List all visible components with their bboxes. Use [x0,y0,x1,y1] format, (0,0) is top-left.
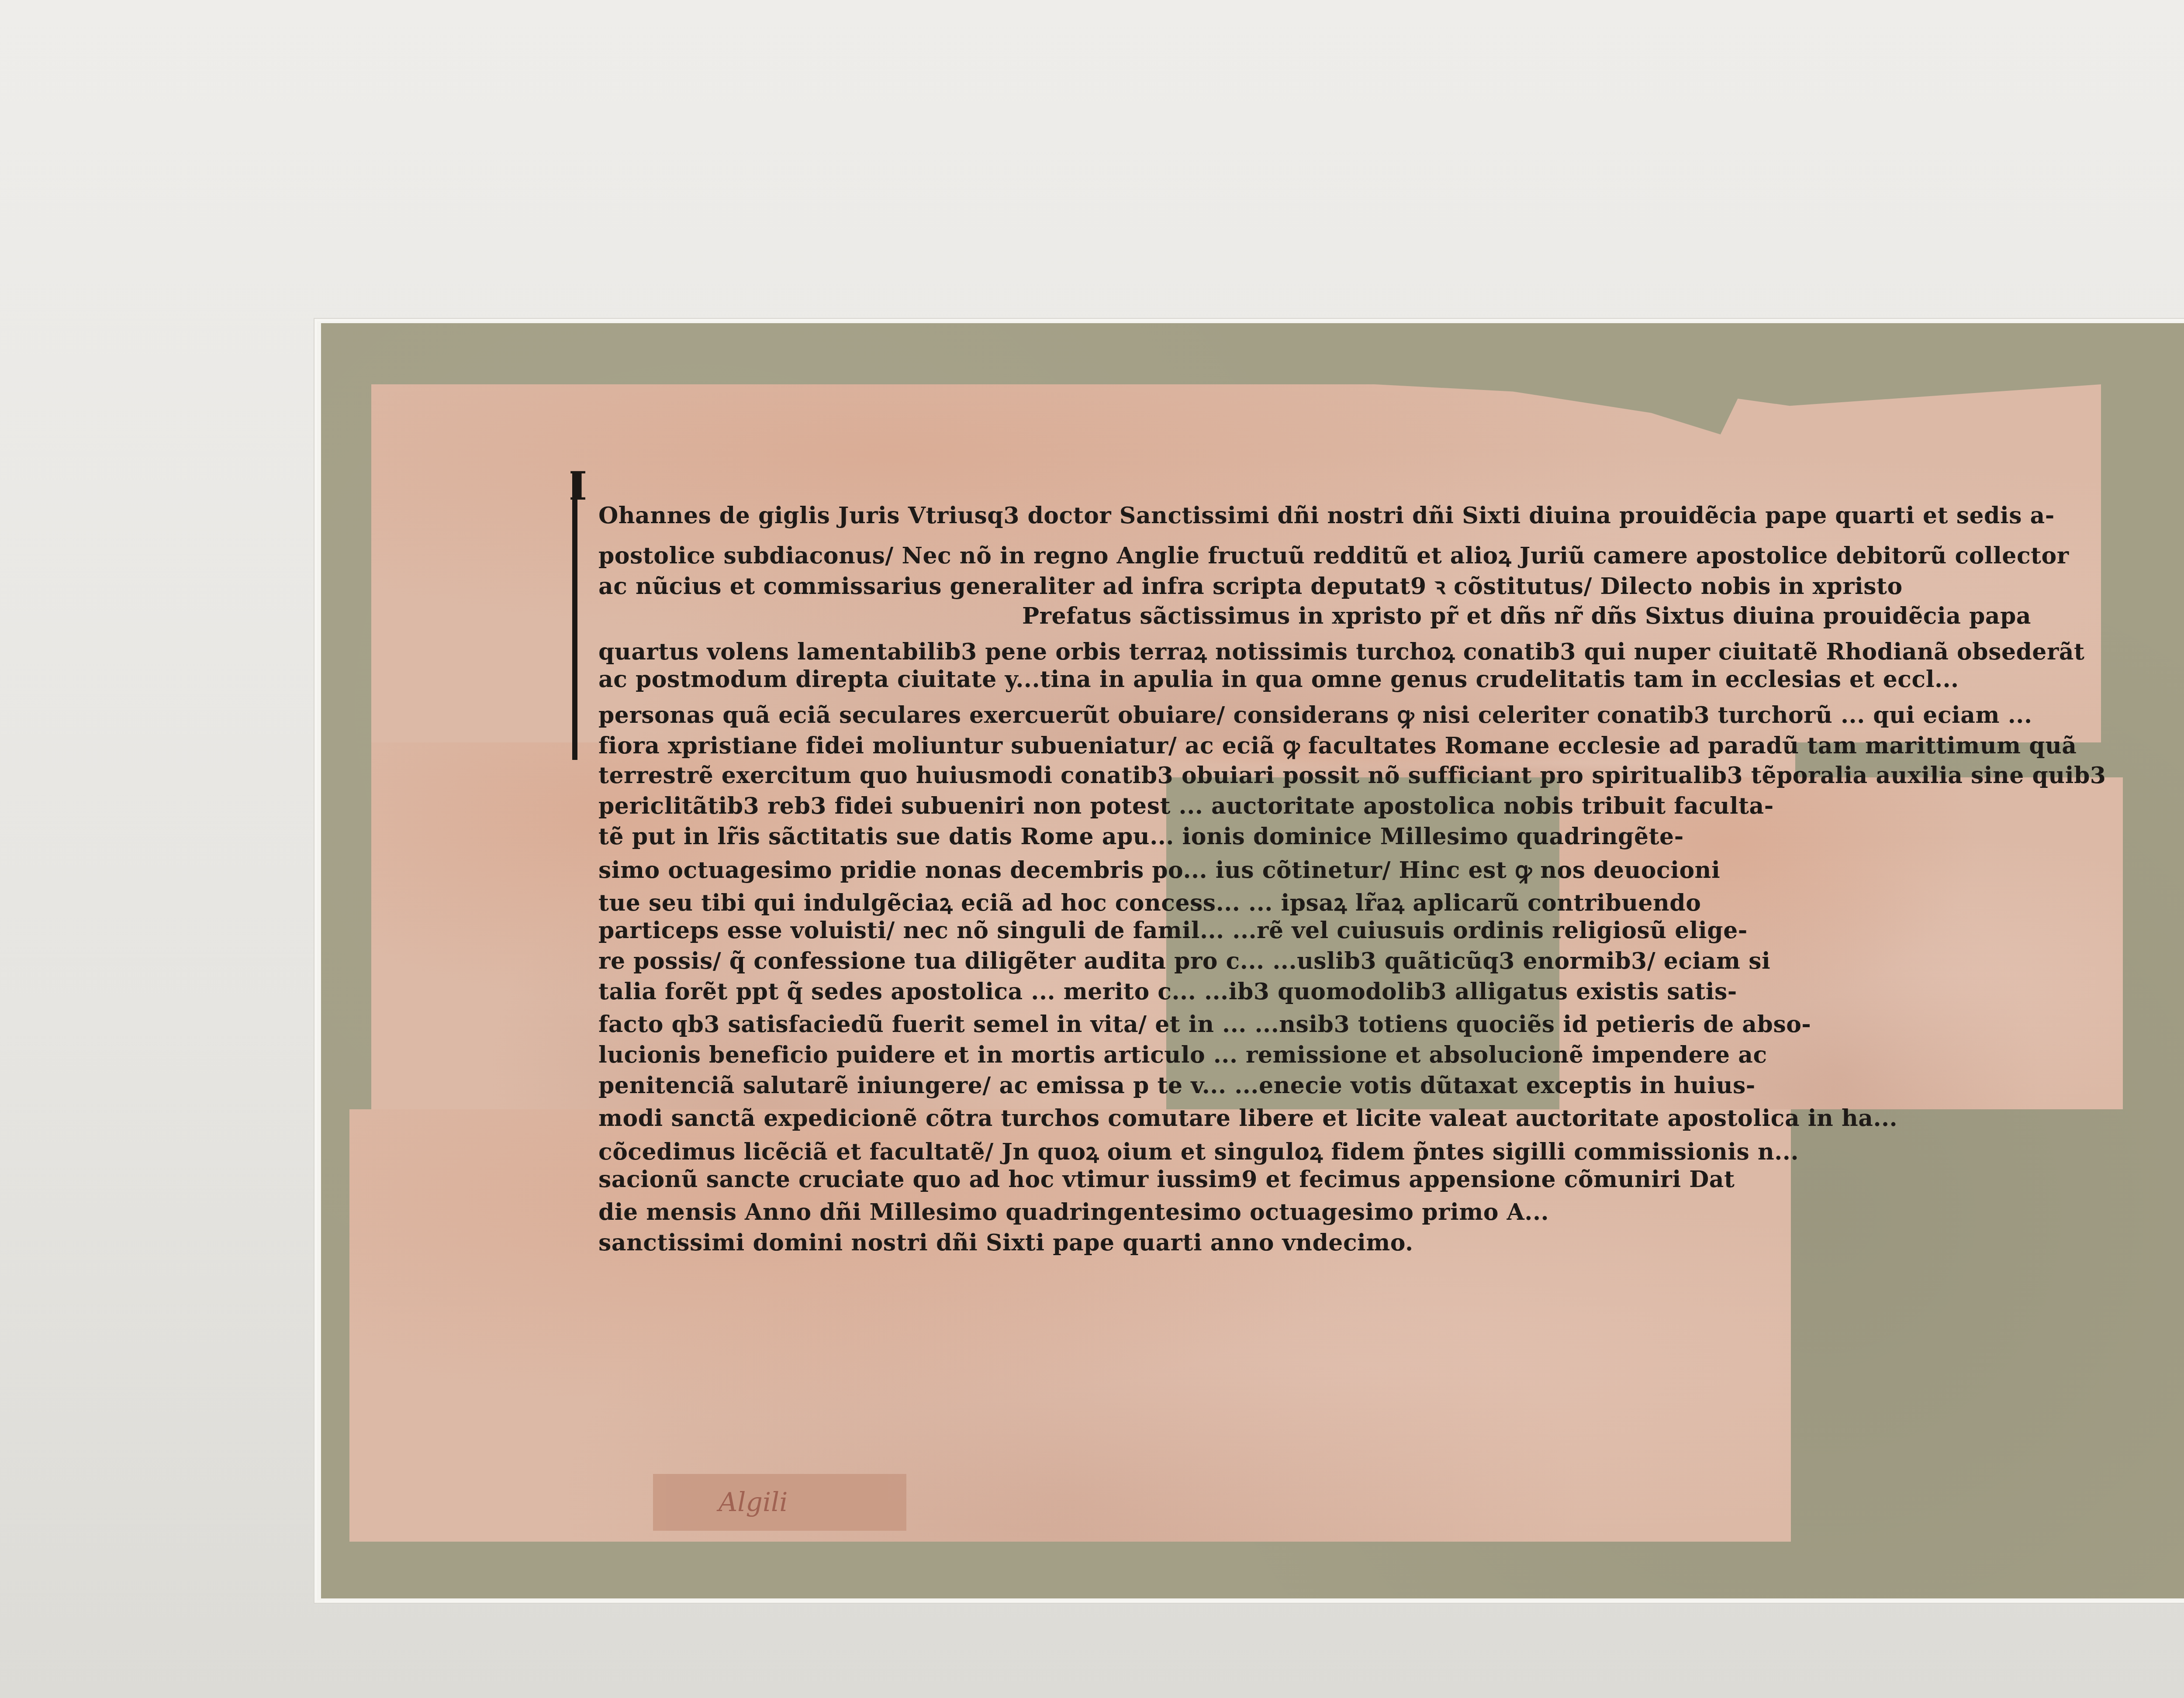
text-line: tue seu tibi qui indulgẽciaꝝ eciã ad hoc… [598,887,1701,918]
initial-letter: I [569,463,587,509]
text-line: tẽ put in lr̃is sãctitatis sue datis Rom… [598,823,1684,850]
text-line: Prefatus sãctissimus in xpristo pr̃ et d… [1022,603,2031,629]
text-line: simo octuagesimo pridie nonas decembris … [598,854,1720,885]
text-line: fiora xpristiane fidei moliuntur subueni… [598,729,2077,760]
text-line: ac nũcius et commissarius generaliter ad… [598,570,1903,601]
text-line: personas quã eciã seculares exercuerũt o… [598,699,2032,730]
text-line: facto qb3 satisfaciedũ fuerit semel in v… [598,1011,1811,1038]
label-slip-text: Algili [719,1487,788,1518]
text-line: talia forẽt ppt q̃ sedes apostolica ... … [598,978,1737,1005]
text-line: penitenciã salutarẽ iniungere/ ac emissa… [598,1072,1755,1099]
text-line: postolice subdiaconus/ Nec nõ in regno A… [598,539,2069,570]
text-line: lucionis beneficio puidere et in mortis … [598,1042,1767,1068]
text-line: particeps esse voluisti/ nec nõ singuli … [598,917,1748,944]
text-line: sanctissimi domini nostri dñi Sixti pape… [598,1229,1413,1256]
text-line: sacionũ sancte cruciate quo ad hoc vtimu… [598,1166,1735,1193]
text-line: re possis/ q̃ confessione tua diligẽter … [598,948,1770,974]
text-line: terrestrẽ exercitum quo huiusmodi conati… [598,762,2106,789]
label-slip: Algili [653,1474,906,1531]
text-line: periclitãtib3 reb3 fidei subueniri non p… [598,793,1774,819]
text-line: cõcedimus licẽciã et facultatẽ/ Jn quoꝝ … [598,1135,1799,1167]
text-line: die mensis Anno dñi Millesimo quadringen… [598,1199,1549,1225]
text-line: ac postmodum direpta ciuitate y...tina i… [598,666,1959,693]
text-line: quartus volens lamentabilib3 pene orbis … [598,635,2085,666]
text-line: modi sanctã expedicionẽ cõtra turchos co… [598,1105,1897,1132]
text-line: Ohannes de giglis Juris Vtriusq3 doctor … [598,502,2055,529]
